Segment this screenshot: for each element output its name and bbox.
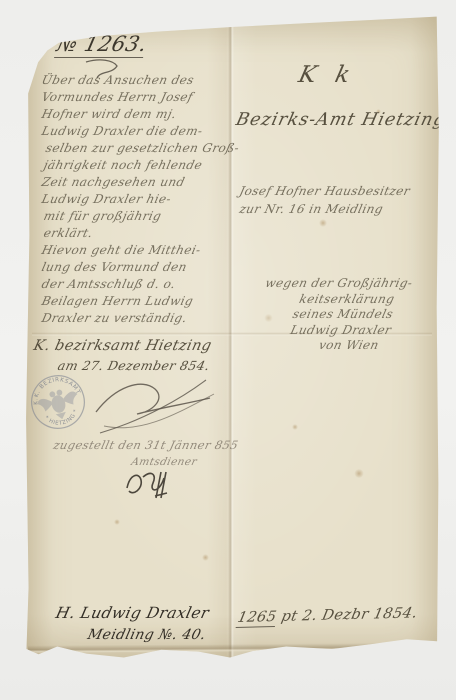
docket-line: 1265 pt 2. Dezbr 1854.: [236, 605, 419, 626]
office-title: Bezirks-Amt Hietzing: [234, 110, 448, 130]
body-line: mit für großjährig: [42, 208, 163, 224]
body-line: Draxler zu verständig.: [40, 310, 189, 326]
foxing-spot: [114, 519, 120, 525]
body-line: Ludwig Draxler die dem-: [40, 123, 204, 139]
subject-line: wegen der Großjährig-: [262, 276, 416, 292]
recipient-address: Meidling №. 40.: [86, 627, 208, 643]
clerk-initials-scribble: [120, 466, 172, 502]
body-line: Hofner wird dem mj.: [40, 106, 178, 122]
foxing-spot: [319, 219, 327, 227]
document-paper: № 1263. Über das Ansuchen des Vormundes …: [24, 14, 440, 666]
foxing-spot: [202, 554, 209, 561]
body-line: Beilagen Herrn Ludwig: [40, 293, 195, 309]
kk-abbreviation: K k: [296, 62, 358, 88]
page-mark: 3: [394, 646, 402, 656]
subject-line: seines Mündels: [266, 307, 420, 323]
foxing-spot: [292, 424, 298, 430]
addressee-line: Josef Hofner Hausbesitzer: [238, 184, 412, 198]
body-line: jährigkeit noch fehlende: [42, 157, 204, 173]
reference-number: № 1263.: [54, 32, 149, 58]
body-line: lung des Vormund den: [40, 259, 189, 275]
body-line: der Amtsschluß d. o.: [40, 276, 177, 292]
docket-number: 1265: [236, 609, 278, 628]
foxing-spot: [354, 469, 364, 478]
center-fold-crease: [228, 21, 234, 660]
body-line: Ludwig Draxler hie-: [40, 191, 173, 207]
addressee-line: zur Nr. 16 in Meidling: [238, 202, 385, 216]
issuing-office-line: K. bezirksamt Hietzing: [32, 338, 213, 354]
body-line: selben zur gesetzlichen Groß-: [44, 140, 241, 156]
photo-background: № 1263. Über das Ansuchen des Vormundes …: [0, 0, 456, 700]
body-line: Über das Ansuchen des: [40, 72, 196, 88]
subject-line: von Wien: [272, 338, 426, 354]
body-line: Zeit nachgesehen und: [40, 174, 187, 190]
bottom-fold-crease: [28, 643, 436, 654]
body-line: erklärt.: [42, 225, 94, 241]
body-line: Vormundes Herrn Josef: [40, 89, 195, 105]
subject-line: Ludwig Draxler: [264, 323, 418, 339]
official-signature: [82, 370, 222, 440]
recipient-name: H. Ludwig Draxler: [54, 604, 211, 622]
subject-line: keitserklärung: [270, 292, 424, 308]
subject-block: wegen der Großjährig- keitserklärung sei…: [262, 276, 412, 354]
docket-date: pt 2. Dezbr 1854.: [280, 605, 419, 625]
delivery-note: zugestellt den 31t Jänner 855: [52, 438, 240, 452]
body-line: Hievon geht die Mitthei-: [40, 242, 202, 258]
